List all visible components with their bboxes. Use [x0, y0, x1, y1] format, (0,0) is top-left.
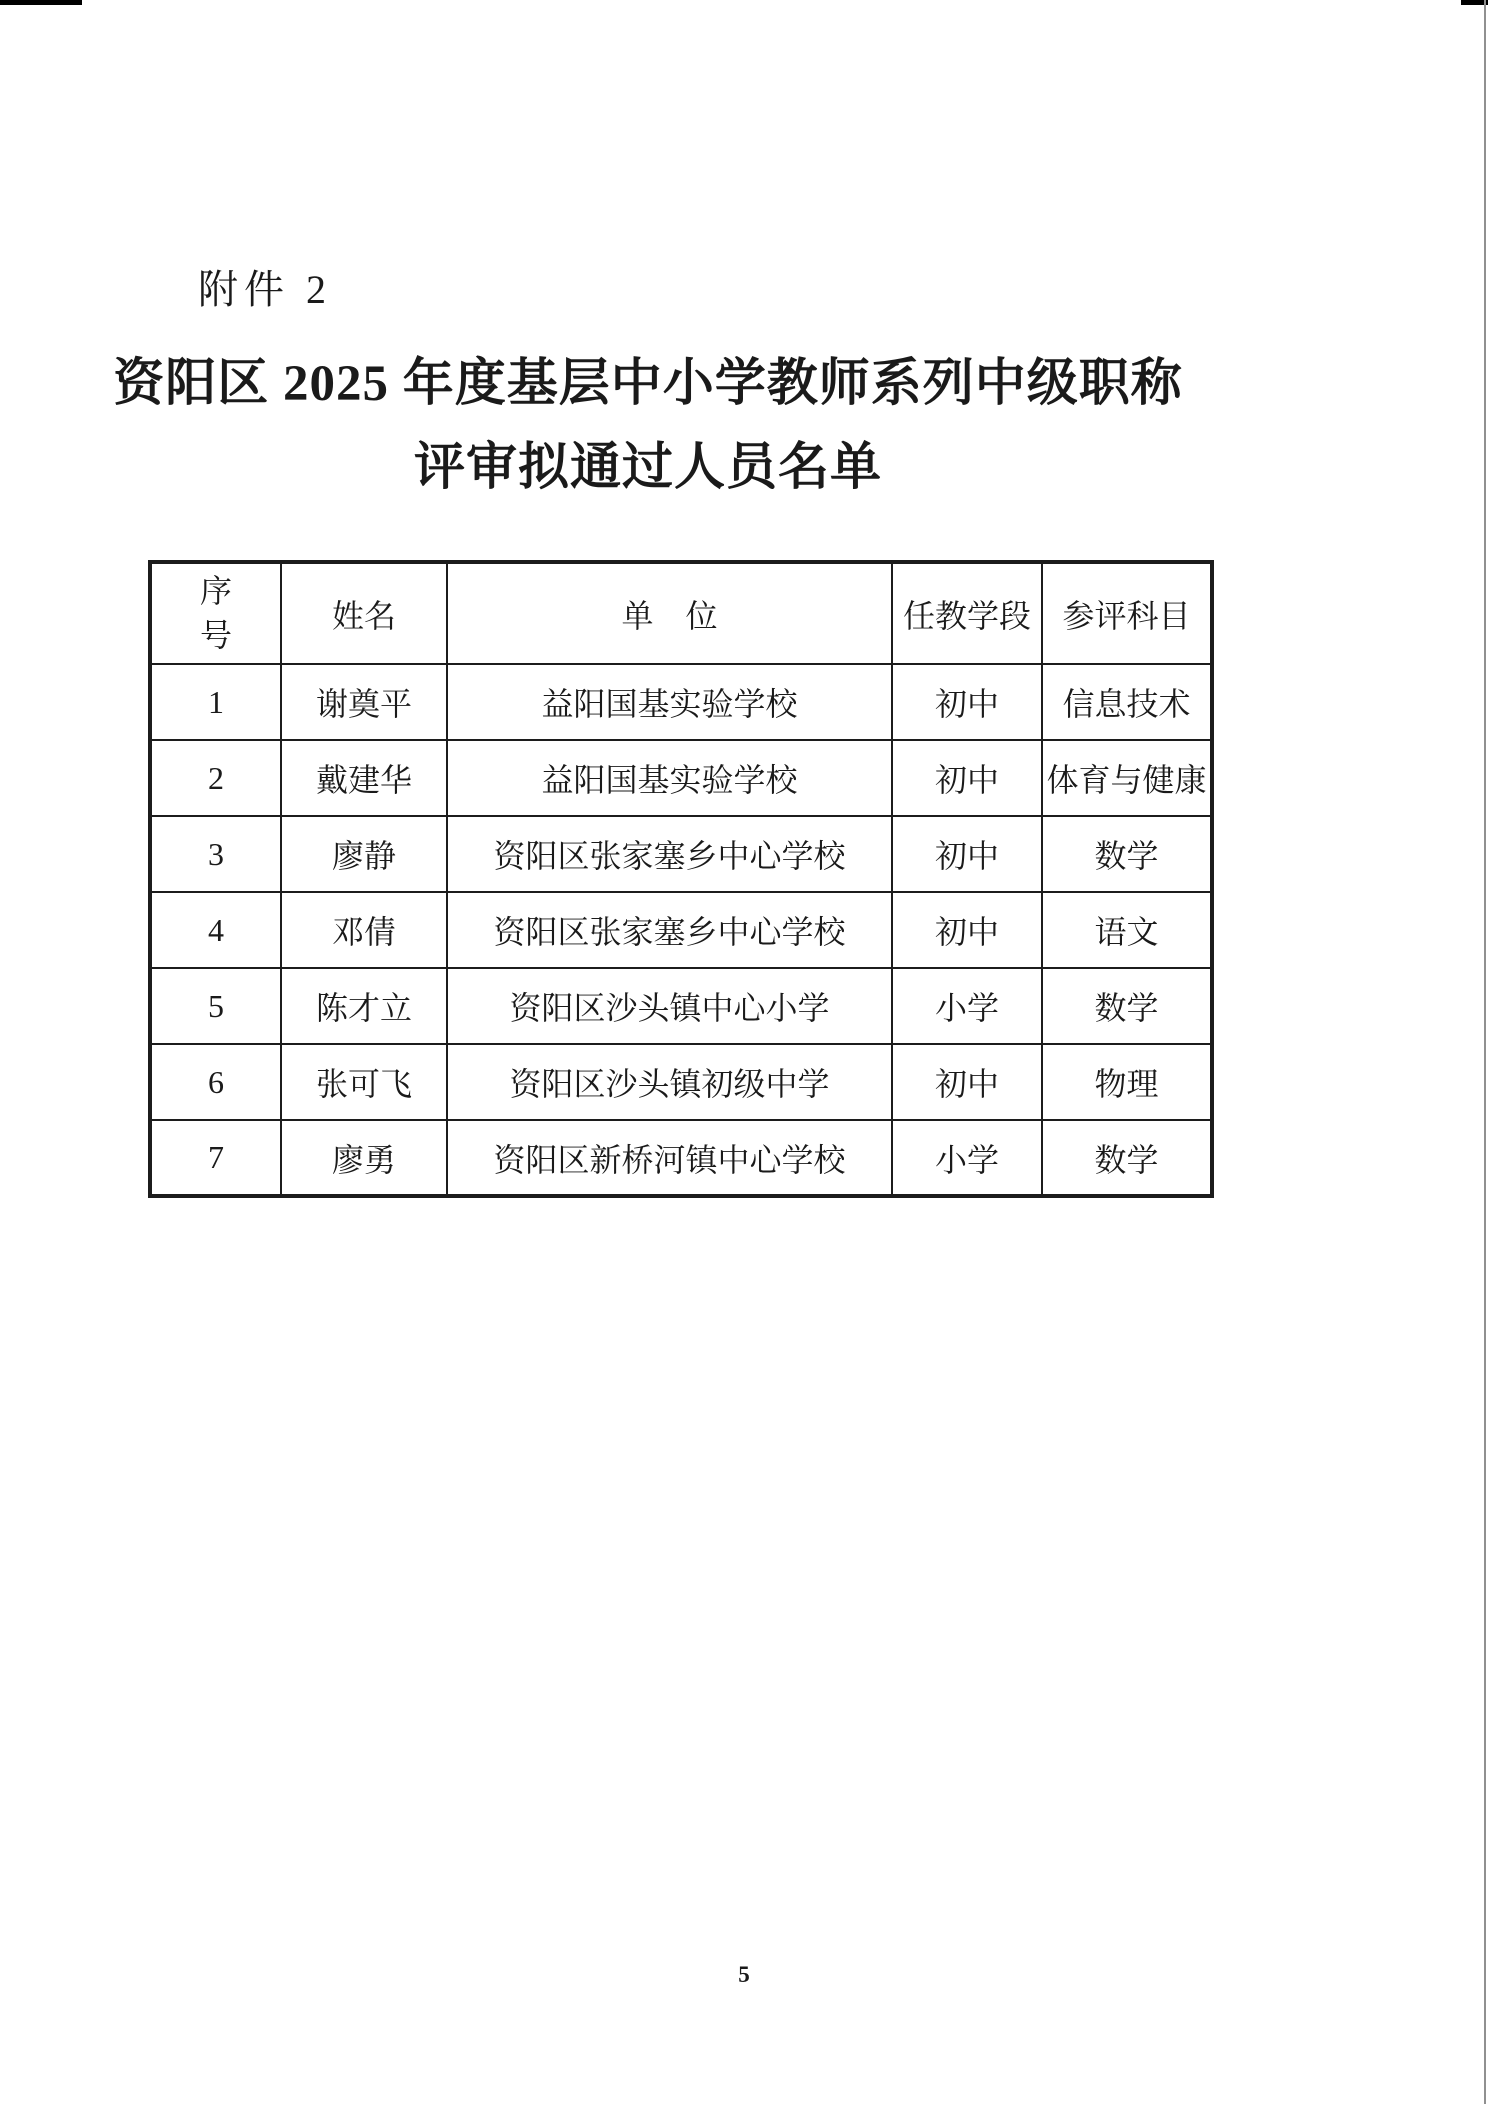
- table-row: 2戴建华益阳国基实验学校初中体育与健康: [150, 740, 1212, 816]
- table-cell: 体育与健康: [1042, 740, 1212, 816]
- table-cell: 资阳区张家塞乡中心学校: [447, 816, 892, 892]
- attachment-label: 附件 2: [198, 258, 332, 315]
- table-cell: 物理: [1042, 1044, 1212, 1120]
- page-number: 5: [0, 1962, 1488, 1988]
- table-cell: 廖勇: [281, 1120, 447, 1196]
- table-cell: 初中: [892, 740, 1042, 816]
- table-cell: 小学: [892, 968, 1042, 1044]
- table-row: 3廖静资阳区张家塞乡中心学校初中数学: [150, 816, 1212, 892]
- column-header: 参评科目: [1042, 562, 1212, 664]
- table-cell: 信息技术: [1042, 664, 1212, 740]
- table-row: 6张可飞资阳区沙头镇初级中学初中物理: [150, 1044, 1212, 1120]
- table-cell: 小学: [892, 1120, 1042, 1196]
- table-header-row: 序号姓名单 位任教学段参评科目: [150, 562, 1212, 664]
- table-row: 4邓倩资阳区张家塞乡中心学校初中语文: [150, 892, 1212, 968]
- table-cell: 谢奠平: [281, 664, 447, 740]
- table-cell: 4: [150, 892, 281, 968]
- table-cell: 7: [150, 1120, 281, 1196]
- column-header: 姓名: [281, 562, 447, 664]
- document-title: 资阳区 2025 年度基层中小学教师系列中级职称 评审拟通过人员名单: [0, 342, 1296, 510]
- table-cell: 2: [150, 740, 281, 816]
- table-body: 1谢奠平益阳国基实验学校初中信息技术2戴建华益阳国基实验学校初中体育与健康3廖静…: [150, 664, 1212, 1196]
- table-cell: 1: [150, 664, 281, 740]
- table-cell: 资阳区沙头镇初级中学: [447, 1044, 892, 1120]
- column-header-label: 任教学段: [903, 598, 1031, 634]
- title-line-1: 资阳区 2025 年度基层中小学教师系列中级职称: [0, 342, 1296, 426]
- table-cell: 数学: [1042, 1120, 1212, 1196]
- scan-artifact-top-left: [0, 0, 82, 5]
- column-header-label: 参评科目: [1062, 598, 1190, 634]
- table-row: 1谢奠平益阳国基实验学校初中信息技术: [150, 664, 1212, 740]
- table-cell: 陈才立: [281, 968, 447, 1044]
- table-row: 7廖勇资阳区新桥河镇中心学校小学数学: [150, 1120, 1212, 1196]
- table-cell: 初中: [892, 816, 1042, 892]
- table-cell: 邓倩: [281, 892, 447, 968]
- table-cell: 戴建华: [281, 740, 447, 816]
- column-header: 单 位: [447, 562, 892, 664]
- document-page: 附件 2 资阳区 2025 年度基层中小学教师系列中级职称 评审拟通过人员名单 …: [0, 0, 1488, 2104]
- table-cell: 张可飞: [281, 1044, 447, 1120]
- title-line-2: 评审拟通过人员名单: [0, 426, 1296, 510]
- table-cell: 6: [150, 1044, 281, 1120]
- column-header: 任教学段: [892, 562, 1042, 664]
- table-cell: 资阳区张家塞乡中心学校: [447, 892, 892, 968]
- table-row: 5陈才立资阳区沙头镇中心小学小学数学: [150, 968, 1212, 1044]
- table-cell: 初中: [892, 892, 1042, 968]
- table-cell: 廖静: [281, 816, 447, 892]
- table-cell: 资阳区沙头镇中心小学: [447, 968, 892, 1044]
- table-cell: 5: [150, 968, 281, 1044]
- roster-table: 序号姓名单 位任教学段参评科目 1谢奠平益阳国基实验学校初中信息技术2戴建华益阳…: [148, 560, 1214, 1198]
- table-cell: 数学: [1042, 968, 1212, 1044]
- column-header-label: 单 位: [621, 598, 717, 634]
- table-cell: 初中: [892, 664, 1042, 740]
- table-cell: 益阳国基实验学校: [447, 740, 892, 816]
- table-cell: 益阳国基实验学校: [447, 664, 892, 740]
- table-cell: 资阳区新桥河镇中心学校: [447, 1120, 892, 1196]
- column-header-label: 姓名: [332, 598, 396, 634]
- table-cell: 初中: [892, 1044, 1042, 1120]
- table-cell: 数学: [1042, 816, 1212, 892]
- table-cell: 3: [150, 816, 281, 892]
- column-header-label: 序号: [198, 570, 235, 656]
- table-header: 序号姓名单 位任教学段参评科目: [150, 562, 1212, 664]
- table-cell: 语文: [1042, 892, 1212, 968]
- scan-artifact-right-edge: [1484, 0, 1486, 2104]
- column-header: 序号: [150, 562, 281, 664]
